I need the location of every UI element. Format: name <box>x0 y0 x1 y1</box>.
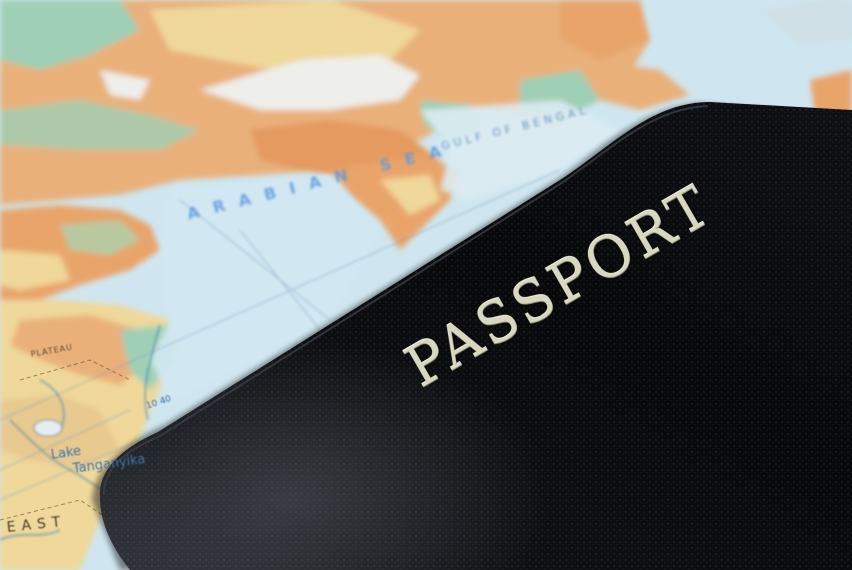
map-background <box>0 0 852 570</box>
photo-scene: ARABIAN SEA GULF OF BENGAL PLATEAU Lake … <box>0 0 852 570</box>
